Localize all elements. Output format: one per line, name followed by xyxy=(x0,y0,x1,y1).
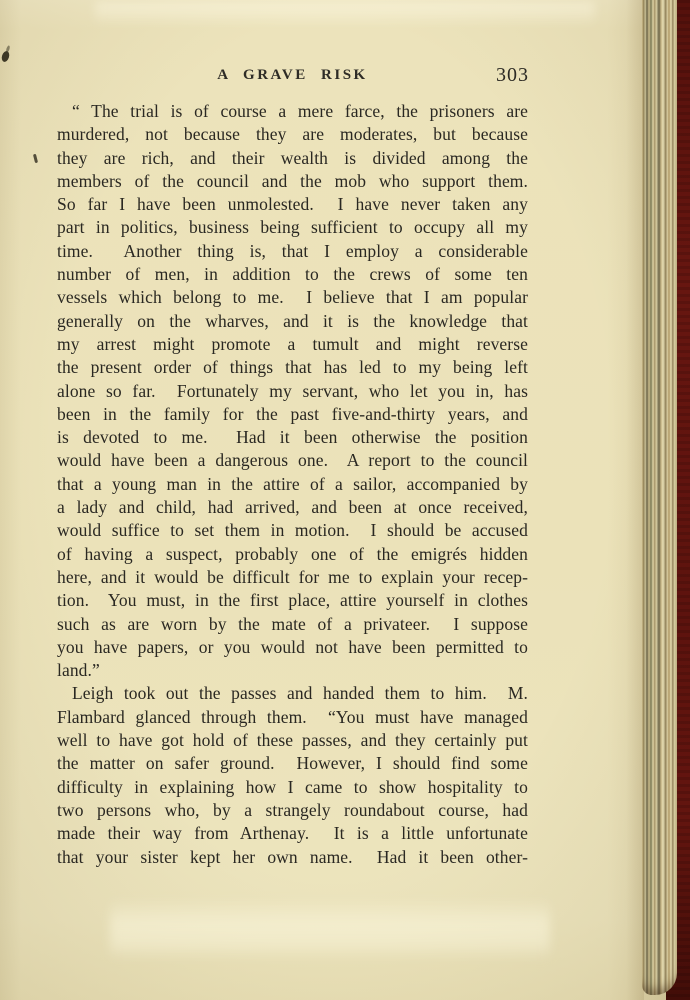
text-line: generally on the wharves, and it is the … xyxy=(57,310,528,333)
text-line: members of the council and the mob who s… xyxy=(57,170,528,193)
book-page-edges xyxy=(642,0,677,995)
page-number: 303 xyxy=(496,64,529,87)
text-line: difficulty in explaining how I came to s… xyxy=(57,776,528,799)
text-line: been in the family for the past five-and… xyxy=(57,403,528,426)
text-line: the present order of things that has led… xyxy=(57,356,528,379)
text-line: is devoted to me. Had it been otherwise … xyxy=(57,426,528,449)
running-header: A GRAVE RISK 303 xyxy=(57,62,528,86)
page-text: “ The trial is of course a mere farce, t… xyxy=(57,100,528,869)
text-line: part in politics, business being suffici… xyxy=(57,216,528,239)
running-header-title: A GRAVE RISK xyxy=(57,67,528,84)
text-line: two persons who, by a strangely roundabo… xyxy=(57,799,528,822)
ink-speck xyxy=(33,154,38,163)
text-line: Leigh took out the passes and handed the… xyxy=(57,682,528,705)
ink-speck xyxy=(0,50,10,63)
text-line: the matter on safer ground. However, I s… xyxy=(57,752,528,775)
text-line: that a young man in the attire of a sail… xyxy=(57,473,528,496)
text-line: murdered, not because they are moderates… xyxy=(57,123,528,146)
text-line: vessels which belong to me. I believe th… xyxy=(57,286,528,309)
text-line: well to have got hold of these passes, a… xyxy=(57,729,528,752)
text-line: a lady and child, had arrived, and been … xyxy=(57,496,528,519)
scan-light-band-top xyxy=(95,2,595,26)
text-line: time. Another thing is, that I employ a … xyxy=(57,240,528,263)
text-line: land.” xyxy=(57,659,528,682)
text-line: alone so far. Fortunately my servant, wh… xyxy=(57,380,528,403)
paragraph: Leigh took out the passes and handed the… xyxy=(57,682,528,868)
text-line: would suffice to set them in motion. I s… xyxy=(57,519,528,542)
text-line: “ The trial is of course a mere farce, t… xyxy=(57,100,528,123)
text-line: tion. You must, in the first place, atti… xyxy=(57,589,528,612)
text-line: number of men, in addition to the crews … xyxy=(57,263,528,286)
text-line: such as are worn by the mate of a privat… xyxy=(57,613,528,636)
text-line: Flambard glanced through them. “You must… xyxy=(57,706,528,729)
text-line: you have papers, or you would not have b… xyxy=(57,636,528,659)
scan-light-band-bottom xyxy=(110,898,550,960)
text-line: my arrest might promote a tumult and mig… xyxy=(57,333,528,356)
text-line: of having a suspect, probably one of the… xyxy=(57,543,528,566)
text-line: made their way from Arthenay. It is a li… xyxy=(57,822,528,845)
text-line: that your sister kept her own name. Had … xyxy=(57,846,528,869)
book-page-scan: A GRAVE RISK 303 “ The trial is of cours… xyxy=(0,0,690,1000)
text-line: here, and it would be difficult for me t… xyxy=(57,566,528,589)
text-line: they are rich, and their wealth is divid… xyxy=(57,147,528,170)
text-line: would have been a dangerous one. A repor… xyxy=(57,449,528,472)
text-line: So far I have been unmolested. I have ne… xyxy=(57,193,528,216)
paragraph: “ The trial is of course a mere farce, t… xyxy=(57,100,528,682)
